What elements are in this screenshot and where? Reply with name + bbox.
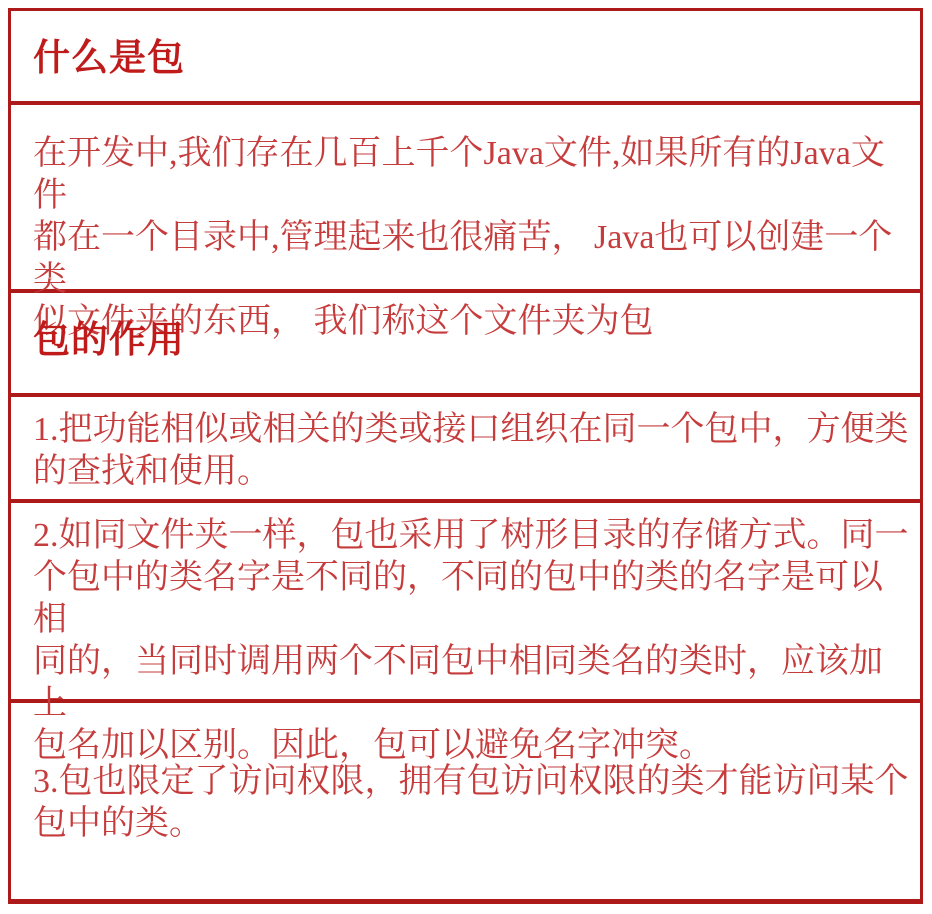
paragraph-purpose-1-organize-classes: 1.把功能相似或相关的类或接口组织在同一个包中，方便类 的查找和使用。 xyxy=(11,397,920,503)
heading-what-is-package: 什么是包 xyxy=(11,11,920,105)
paragraph-package-intro: 在开发中,我们存在几百上千个Java文件,如果所有的Java文件 都在一个目录中… xyxy=(11,105,920,293)
package-notes-table: 什么是包 在开发中,我们存在几百上千个Java文件,如果所有的Java文件 都在… xyxy=(8,8,923,904)
paragraph-purpose-2-avoid-name-conflicts: 2.如同文件夹一样，包也采用了树形目录的存储方式。同一 个包中的类名字是不同的，… xyxy=(11,503,920,703)
